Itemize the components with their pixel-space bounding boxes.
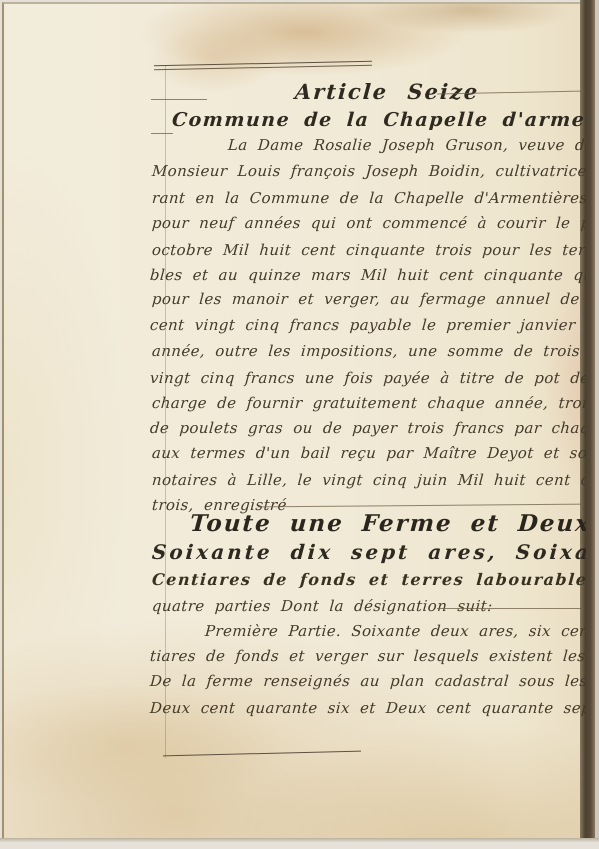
enregistre-trailing-rule xyxy=(258,504,584,508)
bottom-closing-rule xyxy=(163,751,361,757)
manuscript-line: année, outre les impositions, une somme … xyxy=(151,341,586,361)
manuscript-line: pour neuf années qui ont commencé à cour… xyxy=(151,213,586,233)
manuscript-line: Monsieur Louis françois Joseph Boidin, c… xyxy=(151,161,586,181)
manuscript-line: vingt cinq francs une fois payée à titre… xyxy=(149,368,586,388)
section-heading-line: quatre parties Dont la désignation suit: xyxy=(151,596,493,616)
top-double-rule xyxy=(154,61,372,71)
manuscript-line: cent vingt cinq francs payable le premie… xyxy=(149,315,586,335)
manuscript-text-layer: Article Seize Commune de la Chapelle d'a… xyxy=(0,0,586,838)
manuscript-line: tiares de fonds et verger sur lesquels e… xyxy=(149,646,586,666)
heading-left-rule xyxy=(151,99,207,100)
section-heading-line: Centiares de fonds et terres labourables… xyxy=(151,570,586,590)
manuscript-line: Deux cent quarante six et Deux cent quar… xyxy=(149,698,586,718)
manuscript-line: bles et au quinze mars Mil huit cent cin… xyxy=(149,265,586,285)
section-heading-line: Soixante dix sept ares, Soixante quatre xyxy=(151,542,586,562)
manuscript-line: rant en la Commune de la Chapelle d'Arme… xyxy=(151,188,586,208)
article-heading: Article Seize xyxy=(294,82,480,102)
manuscript-line: octobre Mil huit cent cinquante trois po… xyxy=(151,240,586,260)
manuscript-line: De la ferme renseignés au plan cadastral… xyxy=(149,671,586,691)
manuscript-line: charge de fournir gratuitement chaque an… xyxy=(151,393,586,413)
manuscript-line: de poulets gras ou de payer trois francs… xyxy=(149,418,586,438)
section-heading-line: Toute une Ferme et Deux Hectares xyxy=(189,514,586,534)
commune-heading: Commune de la Chapelle d'armentières xyxy=(171,110,586,130)
manuscript-line: notaires à Lille, le vingt cinq juin Mil… xyxy=(151,470,586,490)
manuscript-line: Première Partie. Soixante deux ares, six… xyxy=(204,621,586,641)
commune-lead-rule xyxy=(151,133,173,134)
page-edge-highlight xyxy=(595,0,599,838)
manuscript-line: La Dame Rosalie Joseph Gruson, veuve de xyxy=(227,135,586,155)
scanner-background-strip xyxy=(0,838,599,849)
manuscript-line: pour les manoir et verger, au fermage an… xyxy=(151,289,586,309)
manuscript-line: aux termes d'un bail reçu par Maître Dey… xyxy=(151,443,586,463)
designation-trailing-rule xyxy=(437,608,584,609)
scanned-document: Article Seize Commune de la Chapelle d'a… xyxy=(0,0,599,849)
